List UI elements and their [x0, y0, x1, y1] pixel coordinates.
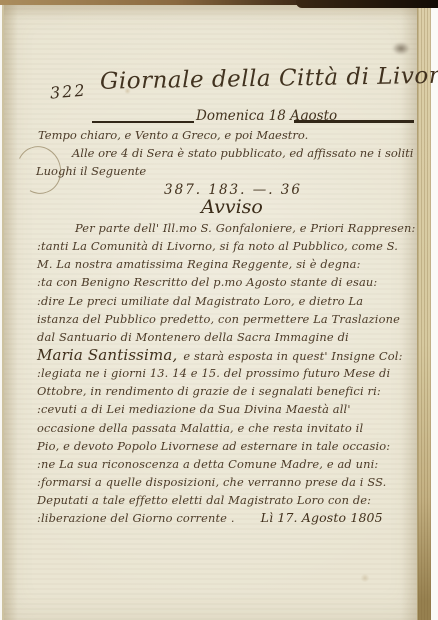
notice-line: :tanti La Comunità di Livorno, si fa not… [37, 237, 415, 255]
notice-line: Ottobre, in rendimento di grazie de i se… [37, 382, 415, 400]
notice-line: Per parte dell' Ill.mo S. Gonfaloniere, … [37, 219, 415, 237]
notice-line: M. La nostra amatissima Regina Reggente,… [37, 255, 415, 273]
date-rule-left [92, 121, 194, 123]
scanned-manuscript: 322 Giornale della Città di Livorno Dome… [0, 0, 438, 620]
ink-smudge [392, 42, 410, 55]
notice-line: :ta con Benigno Rescritto del p.mo Agost… [37, 273, 415, 291]
notice-line: occasione della passata Malattia, e che … [37, 419, 415, 437]
notice-closing-line: :liberazione del Giorno corrente .Lì 17.… [37, 509, 415, 527]
book-fore-edge [417, 5, 431, 620]
notice-line: :legiata ne i giorni 13. 14 e 15. del pr… [37, 364, 415, 382]
notice-line: Deputati a tale effetto eletti dal Magis… [37, 491, 415, 509]
weather-line: Tempo chiaro, e Vento a Greco, e poi Mae… [38, 128, 308, 142]
notice-line: istanza del Pubblico predetto, con perme… [37, 310, 415, 328]
closing-date: Lì 17. Agosto 1805 [261, 510, 383, 525]
notice-heading: Avviso [172, 196, 292, 218]
journal-title: Giornale della Città di Livorno [100, 63, 412, 94]
notice-line: :cevuti a di Lei mediazione da Sua Divin… [37, 400, 415, 418]
notice-line: :dire Le preci umiliate dal Magistrato L… [37, 292, 415, 310]
binding-top-edge-dark [296, 0, 438, 8]
notice-line: dal Santuario di Montenero della Sacra I… [37, 328, 415, 346]
page-number: 322 [49, 80, 87, 102]
date-rule-right [294, 120, 414, 123]
date-row: Domenica 18 Agosto [92, 108, 414, 128]
notice-line-maria: Maria Santissima,e starà esposta in ques… [37, 346, 415, 364]
closing-text: :liberazione del Giorno corrente . [37, 511, 235, 525]
foxing-spot [360, 574, 370, 582]
notice-line-text: e starà esposta in quest' Insigne Col: [183, 349, 402, 363]
notice-line: :formarsi a quelle disposizioni, che ver… [37, 473, 415, 491]
notice-line: Pio, e devoto Popolo Livornese ad estern… [37, 437, 415, 455]
maria-santissima-emphasis: Maria Santissima, [37, 346, 177, 364]
scan-background-strip [431, 0, 438, 620]
publication-line-2: Luoghi il Seguente [36, 164, 146, 178]
notice-line: :ne La sua riconoscenza a detta Comune M… [37, 455, 415, 473]
publication-line-1: Alle ore 4 di Sera è stato pubblicato, e… [72, 146, 413, 160]
notice-body: Per parte dell' Ill.mo S. Gonfaloniere, … [37, 219, 415, 527]
